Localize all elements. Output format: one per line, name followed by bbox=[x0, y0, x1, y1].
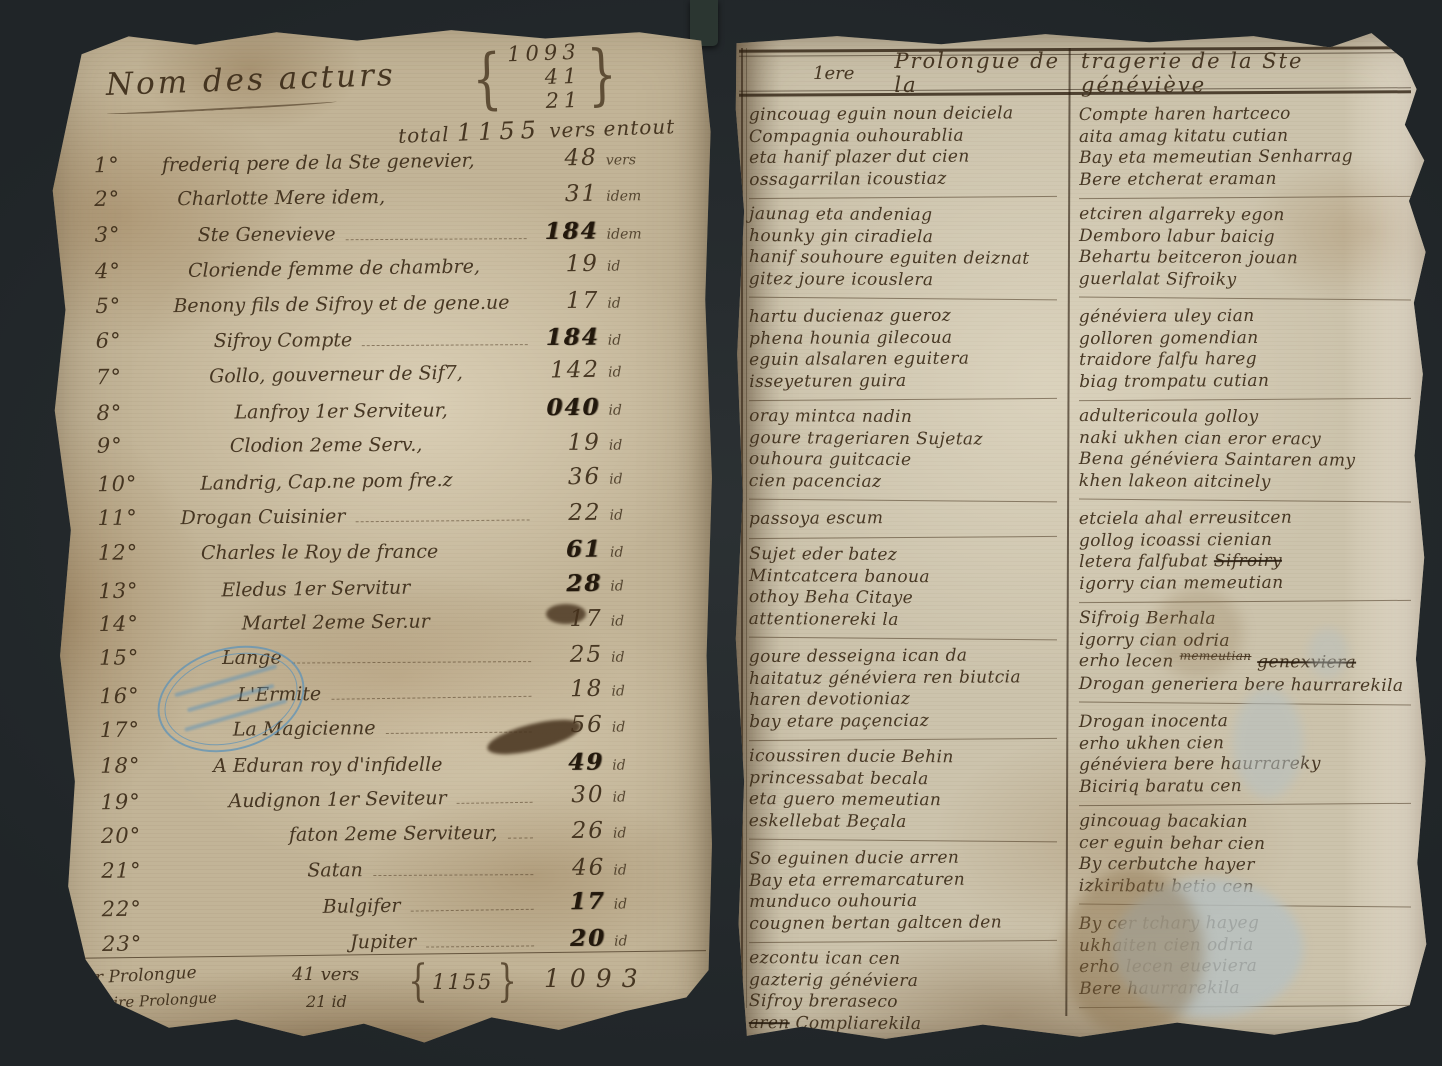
dotted-leader bbox=[508, 838, 533, 839]
verse-line: aren Compliarekila bbox=[749, 1012, 1061, 1035]
actor-row: 9°Clodion 2eme Serv.,19id bbox=[97, 429, 665, 468]
footer-brace-value: 1155 bbox=[432, 970, 493, 994]
verse-line: Bay eta erremarcaturen bbox=[749, 868, 1061, 891]
actor-name: Audignon 1er Seviteur bbox=[228, 787, 446, 812]
verse-stanza: Compte haren hartcecoaita amag kitatu cu… bbox=[1079, 103, 1416, 191]
verse-count: 36 bbox=[537, 463, 601, 490]
verse-count: 184 bbox=[536, 324, 600, 351]
frame-line-vertical bbox=[746, 48, 747, 1008]
actor-number: 14° bbox=[99, 611, 157, 636]
actor-number: 22° bbox=[102, 897, 160, 922]
count-unit: id bbox=[601, 470, 665, 487]
verse-line: icoussiren ducie Behin bbox=[749, 746, 1061, 769]
spacer bbox=[453, 484, 538, 485]
verse-stanza: oray mintca nadingoure trageriaren Sujet… bbox=[749, 406, 1062, 494]
count-unit: id bbox=[600, 364, 664, 381]
brace-number: 41 bbox=[544, 63, 582, 88]
stanza-divider bbox=[1079, 398, 1411, 401]
actor-name: Benony fils de Sifroy et de gene.ue bbox=[173, 291, 509, 317]
stanza-divider bbox=[749, 297, 1057, 301]
verse-line: goure desseigna ican da bbox=[749, 645, 1061, 668]
manuscript-photo: { "colors": {"ink": "#4a3827", "paper_le… bbox=[0, 0, 1442, 1066]
actor-row: 23°Jupiter20id bbox=[102, 924, 670, 965]
footer-line2-label: dernire Prolongue bbox=[78, 988, 218, 1013]
verse-line: hounky gin ciradiela bbox=[749, 226, 1061, 249]
verse-line: eguin alsalaren eguitera bbox=[749, 348, 1061, 371]
actor-name: Sifroy Compte bbox=[214, 329, 353, 352]
actor-number: 19° bbox=[100, 789, 158, 814]
count-unit: id bbox=[603, 683, 667, 700]
brace-close: } bbox=[498, 956, 518, 1007]
actor-name: Martel 2eme Ser.ur bbox=[242, 611, 430, 635]
spacer bbox=[385, 202, 534, 204]
totals-brace: { 10934121 } bbox=[465, 35, 625, 117]
header-title-right: tragerie de la Ste généviève bbox=[1081, 49, 1411, 97]
actor-name: Clodion 2eme Serv., bbox=[230, 434, 423, 457]
left-footer: 1er Prolongue 41 vers dernire Prolongue … bbox=[74, 962, 694, 1042]
verse-count: 48 bbox=[534, 145, 598, 172]
footer-line1-value: 41 vers bbox=[292, 964, 359, 985]
count-unit: id bbox=[605, 825, 669, 842]
actor-number: 11° bbox=[97, 505, 155, 530]
verse-count: 28 bbox=[538, 569, 602, 597]
verse-line: gazterig généviera bbox=[749, 969, 1061, 992]
spacer bbox=[442, 770, 540, 771]
stanza-divider bbox=[749, 398, 1057, 401]
header-title-left: Prolongue de la bbox=[894, 49, 1067, 97]
spacer bbox=[422, 450, 536, 451]
verse-line: Mintcatcera banoua bbox=[749, 565, 1061, 588]
actor-name: Jupiter bbox=[350, 930, 416, 953]
verse-count: 19 bbox=[535, 251, 599, 278]
stanza-divider bbox=[749, 939, 1057, 942]
actor-number: 3° bbox=[95, 222, 153, 246]
verse-count: 20 bbox=[542, 924, 606, 952]
verse-line: traidore falfu hareg bbox=[1079, 348, 1415, 372]
verse-line: haitatuz généviera ren biutcia bbox=[749, 666, 1061, 689]
stain bbox=[1308, 628, 1348, 678]
page-title: Nom des acturs bbox=[105, 57, 396, 103]
verse-line: cougnen bertan galtcen den bbox=[749, 911, 1061, 934]
count-unit: id bbox=[604, 719, 668, 736]
spacer bbox=[438, 557, 538, 558]
actor-list: 1°frederiq pere de la Ste genevier,48ver… bbox=[94, 145, 670, 965]
verse-line: aita amag kitatu cutian bbox=[1079, 124, 1415, 148]
page-number: 1 bbox=[1410, 34, 1419, 50]
actor-number: 17° bbox=[100, 718, 158, 743]
actor-number: 9° bbox=[97, 434, 155, 458]
verse-line: bay etare paçenciaz bbox=[749, 709, 1061, 732]
brace-open: { bbox=[408, 956, 428, 1007]
spacer bbox=[448, 415, 537, 416]
verse-stanza: adultericoula golloynaki ukhen cian eror… bbox=[1079, 406, 1416, 494]
verse-stanza: etciela ahal erreusitcengollog icoassi c… bbox=[1079, 507, 1416, 595]
actor-number: 2° bbox=[94, 187, 152, 212]
count-unit: id bbox=[601, 437, 665, 453]
verse-line: Sifroy breraseco bbox=[749, 991, 1061, 1014]
verse-count: 49 bbox=[540, 748, 604, 775]
verse-line: etciela ahal erreusitcen bbox=[1079, 507, 1415, 531]
brace-open: { bbox=[471, 40, 503, 118]
verse-line: ezcontu ican cen bbox=[749, 948, 1061, 971]
verse-count: 17 bbox=[541, 888, 605, 916]
verse-line: guerlalat Sifroiky bbox=[1079, 268, 1415, 292]
stain bbox=[1233, 688, 1303, 798]
verse-line: gitez joure icouslera bbox=[749, 269, 1061, 292]
actor-name: Gollo, gouverneur de Sif7, bbox=[209, 362, 463, 388]
total-suffix: vers entout bbox=[549, 114, 676, 142]
actor-name: Charles le Roy de france bbox=[201, 541, 438, 564]
verse-line: hartu ducienaz gueroz bbox=[749, 305, 1061, 328]
actor-row: 8°Lanfroy 1er Serviteur,040id bbox=[96, 393, 664, 434]
verse-count: 142 bbox=[536, 357, 600, 384]
count-unit: id bbox=[606, 933, 670, 950]
verse-line: Sujet eder batez bbox=[749, 544, 1061, 567]
actor-name: Cloriende femme de chambre, bbox=[188, 256, 480, 282]
actor-name: frederiq pere de la Ste genevier, bbox=[162, 150, 475, 177]
column-divider bbox=[1065, 48, 1070, 1016]
verse-count: 26 bbox=[541, 818, 605, 845]
stanza-divider bbox=[1079, 297, 1411, 301]
verse-count: 31 bbox=[534, 181, 598, 208]
verse-stanza: généviera uley ciangolloren gomendiantra… bbox=[1079, 305, 1416, 393]
verse-count: 22 bbox=[537, 500, 601, 527]
verse-count: 46 bbox=[541, 854, 605, 880]
stain bbox=[1063, 868, 1203, 1038]
verse-line: généviera uley cian bbox=[1079, 305, 1415, 329]
stanza-divider bbox=[749, 1040, 1057, 1044]
count-unit: id bbox=[602, 507, 666, 524]
count-unit: id bbox=[606, 896, 670, 913]
verse-line: eta hanif plazer dut cien bbox=[749, 146, 1061, 169]
verse-stanza: Sifroig Berhalaigorry cian odriaerho lec… bbox=[1079, 608, 1416, 697]
actor-number: 15° bbox=[99, 646, 157, 670]
verse-stanza: hartu ducienaz guerozphena hounia gileco… bbox=[749, 305, 1062, 393]
dotted-leader bbox=[373, 874, 533, 876]
stanza-divider bbox=[1079, 196, 1411, 199]
verse-line: jaunag eta andeniag bbox=[749, 204, 1061, 227]
brace-number: 21 bbox=[545, 87, 583, 112]
verse-line: isseyeturen guira bbox=[749, 370, 1061, 393]
verse-line: ossagarrilan icoustiaz bbox=[749, 168, 1061, 191]
spacer bbox=[410, 591, 538, 593]
actor-number: 5° bbox=[95, 293, 153, 318]
verse-line: igorry cian memeutian bbox=[1079, 571, 1415, 595]
verse-count: 25 bbox=[539, 642, 603, 668]
spacer bbox=[475, 166, 534, 167]
title-block: Nom des acturs bbox=[105, 57, 396, 114]
verse-line: khen lakeon aitcinely bbox=[1079, 470, 1415, 494]
actor-number: 13° bbox=[98, 578, 156, 603]
verse-line: Demboro labur baicig bbox=[1079, 225, 1415, 249]
right-manuscript-page: 1 1ere Prolongue de la tragerie de la St… bbox=[733, 28, 1427, 1046]
actor-name: Landrig, Cap.ne pom fre.z bbox=[200, 468, 453, 494]
verse-line: eskellebat Beçala bbox=[749, 810, 1061, 833]
verse-line: Sifroig Berhala bbox=[1079, 608, 1415, 632]
footer-line2-value: 21 id bbox=[306, 992, 347, 1011]
total-value: 1155 bbox=[456, 116, 542, 147]
verse-line: adultericoula golloy bbox=[1079, 406, 1415, 430]
actor-name: Lanfroy 1er Serviteur, bbox=[234, 399, 447, 423]
spacer bbox=[463, 378, 536, 379]
count-unit: vers bbox=[598, 152, 662, 169]
verse-line: etciren algarreky egon bbox=[1079, 204, 1415, 228]
total-label: total bbox=[398, 122, 450, 148]
frame-line-vertical bbox=[741, 48, 743, 1008]
dotted-leader bbox=[457, 802, 533, 804]
stanza-divider bbox=[749, 737, 1057, 740]
verse-line: Bena généviera Saintaren amy bbox=[1079, 449, 1415, 473]
verse-line: gincouag bacakian bbox=[1079, 811, 1415, 835]
actor-row: 2°Charlotte Mere idem,31idem bbox=[94, 180, 662, 221]
stanza-divider bbox=[1079, 803, 1411, 806]
verse-line: attentionereki la bbox=[749, 608, 1061, 631]
actor-name: Eledus 1er Servitur bbox=[221, 576, 410, 601]
count-unit: idem bbox=[598, 188, 662, 205]
count-unit: id bbox=[600, 332, 664, 348]
verse-line: goure trageriaren Sujetaz bbox=[749, 428, 1061, 451]
total-line: total 1155 vers entout bbox=[398, 111, 676, 149]
actor-number: 23° bbox=[102, 931, 160, 956]
verse-line: oray mintca nadin bbox=[749, 406, 1061, 429]
verse-stanza: So eguinen ducie arrenBay eta erremarcat… bbox=[749, 847, 1062, 935]
spacer bbox=[430, 626, 539, 627]
verse-column-1: gincouag eguin noun deicielaCompagnia ou… bbox=[749, 102, 1061, 1050]
verse-stanza: etciren algarreky egonDemboro labur baic… bbox=[1079, 204, 1416, 292]
dotted-leader bbox=[346, 238, 527, 240]
right-page-header: 1ere Prolongue de la tragerie de la Ste … bbox=[743, 54, 1411, 92]
actor-number: 4° bbox=[95, 259, 153, 284]
verse-line: gincouag eguin noun deiciela bbox=[749, 103, 1061, 126]
verse-line: gollog icoassi cienian bbox=[1079, 528, 1415, 552]
stain bbox=[1153, 588, 1243, 678]
actor-number: 8° bbox=[96, 400, 154, 425]
actor-name: Satan bbox=[307, 859, 363, 881]
stanza-divider bbox=[1079, 499, 1411, 503]
verse-line: naki ukhen cian eror eracy bbox=[1079, 427, 1415, 451]
verse-stanza: Sujet eder batezMintcatcera banouaothoy … bbox=[749, 544, 1062, 632]
brace-numbers: 10934121 bbox=[507, 39, 583, 114]
actor-number: 6° bbox=[96, 328, 154, 352]
verse-stanza: gincouag eguin noun deicielaCompagnia ou… bbox=[749, 103, 1062, 191]
brace-close: } bbox=[586, 35, 618, 113]
verse-count: 18 bbox=[539, 676, 603, 703]
actor-number: 10° bbox=[97, 471, 155, 496]
dotted-leader bbox=[292, 662, 531, 664]
verse-stanza: icoussiren ducie Behinprincessabat becal… bbox=[749, 746, 1062, 834]
count-unit: id bbox=[604, 789, 668, 806]
count-unit: id bbox=[602, 545, 666, 561]
stanza-divider bbox=[749, 196, 1057, 199]
count-unit: id bbox=[605, 862, 669, 878]
verse-count: 30 bbox=[540, 782, 604, 809]
verse-count: 17 bbox=[535, 287, 599, 314]
count-unit: id bbox=[603, 613, 667, 630]
verse-line: biag trompatu cutian bbox=[1079, 369, 1415, 393]
verse-line: othoy Beha Citaye bbox=[749, 587, 1061, 610]
verse-line: cer eguin behar cien bbox=[1079, 832, 1415, 856]
count-unit: id bbox=[604, 757, 668, 773]
ink-blot bbox=[546, 604, 586, 624]
verse-line: phena hounia gilecoua bbox=[749, 327, 1061, 350]
stanza-divider bbox=[749, 535, 1057, 538]
verse-line: letera falfubat Sifroiry bbox=[1079, 550, 1415, 574]
actor-number: 1° bbox=[94, 152, 152, 177]
verse-count: 61 bbox=[538, 536, 602, 563]
actor-name: Charlotte Mere idem, bbox=[177, 186, 385, 210]
actor-name: Drogan Cuisinier bbox=[180, 505, 345, 529]
verse-stanza: passoya escum bbox=[749, 507, 1061, 530]
verse-stanza: jaunag eta andeniaghounky gin ciradielah… bbox=[749, 204, 1062, 292]
footer-sum: 1093 bbox=[544, 964, 648, 993]
verse-line: haren devotioniaz bbox=[749, 688, 1061, 711]
count-unit: id bbox=[603, 650, 667, 666]
verse-line: Compte haren hartceco bbox=[1079, 103, 1415, 127]
verse-line: Behartu beitceron jouan bbox=[1079, 247, 1415, 271]
verse-line: So eguinen ducie arren bbox=[749, 847, 1061, 870]
actor-number: 12° bbox=[98, 541, 156, 565]
verse-line: erho lecen memeutian genexviera bbox=[1079, 651, 1415, 676]
spine-ribbon bbox=[690, 0, 718, 46]
brace-number: 1093 bbox=[507, 39, 581, 66]
verse-line: munduco ouhouria bbox=[749, 890, 1061, 913]
actor-name: A Eduran roy d'infidelle bbox=[213, 753, 442, 776]
dotted-leader bbox=[411, 909, 534, 912]
stanza-divider bbox=[749, 636, 1057, 640]
verse-line: princessabat becala bbox=[749, 767, 1061, 790]
spacer bbox=[480, 272, 535, 273]
dotted-leader bbox=[355, 519, 529, 522]
actor-number: 18° bbox=[100, 753, 158, 777]
count-unit: id bbox=[599, 258, 663, 275]
verse-count: 19 bbox=[537, 430, 601, 456]
dotted-leader bbox=[331, 696, 531, 700]
stanza-divider bbox=[1079, 600, 1411, 603]
verse-stanza: ezcontu ican cengazterig génévieraSifroy… bbox=[749, 948, 1062, 1036]
actor-row: 11°Drogan Cuisinier22id bbox=[97, 499, 665, 540]
verse-line: Drogan generiera bere haurrarekila bbox=[1079, 673, 1415, 697]
actor-name: faton 2eme Serviteur, bbox=[289, 822, 498, 846]
verse-line: hanif souhoure eguiten deiznat bbox=[749, 247, 1061, 270]
actor-row: 5°Benony fils de Sifroy et de gene.ue17i… bbox=[95, 287, 663, 328]
actor-number: 21° bbox=[101, 858, 159, 882]
stanza-divider bbox=[749, 499, 1057, 503]
verse-line: Compagnia ouhourablia bbox=[749, 125, 1061, 148]
verse-line: Bere etcherat eraman bbox=[1079, 167, 1415, 191]
actor-number: 7° bbox=[96, 365, 154, 390]
verse-stanza: goure desseigna ican dahaitatuz génévier… bbox=[749, 645, 1062, 733]
stanza-divider bbox=[749, 838, 1057, 842]
dotted-leader bbox=[362, 344, 528, 346]
count-unit: id bbox=[602, 577, 666, 594]
verse-line: ouhoura guitcacie bbox=[749, 449, 1061, 472]
actor-name: Bulgifer bbox=[323, 895, 401, 918]
verse-count: 040 bbox=[536, 393, 600, 421]
count-unit: idem bbox=[599, 226, 663, 242]
header-ordinal: 1ere bbox=[813, 63, 854, 84]
verse-line: eta guero memeutian bbox=[749, 789, 1061, 812]
actor-number: 20° bbox=[101, 824, 159, 849]
count-unit: id bbox=[599, 295, 663, 312]
actor-name: Ste Genevieve bbox=[198, 223, 336, 246]
actor-row: 12°Charles le Roy de france61id bbox=[98, 536, 666, 575]
footer-line1-label: 1er Prolongue bbox=[74, 963, 198, 989]
verse-line: Bay eta memeutian Senharrag bbox=[1079, 146, 1415, 170]
verse-count: 184 bbox=[535, 217, 599, 244]
dotted-leader bbox=[426, 945, 534, 947]
count-unit: id bbox=[600, 402, 664, 419]
actor-row: 20°faton 2eme Serviteur,26id bbox=[101, 817, 669, 858]
left-manuscript-page: Nom des acturs { 10934121 } total 1155 v… bbox=[48, 6, 720, 1054]
verse-line: golloren gomendian bbox=[1079, 326, 1415, 350]
footer-brace: { 1155 } bbox=[404, 956, 521, 1007]
verse-line: cien pacenciaz bbox=[749, 471, 1061, 494]
verse-line: passoya escum bbox=[749, 507, 1061, 530]
